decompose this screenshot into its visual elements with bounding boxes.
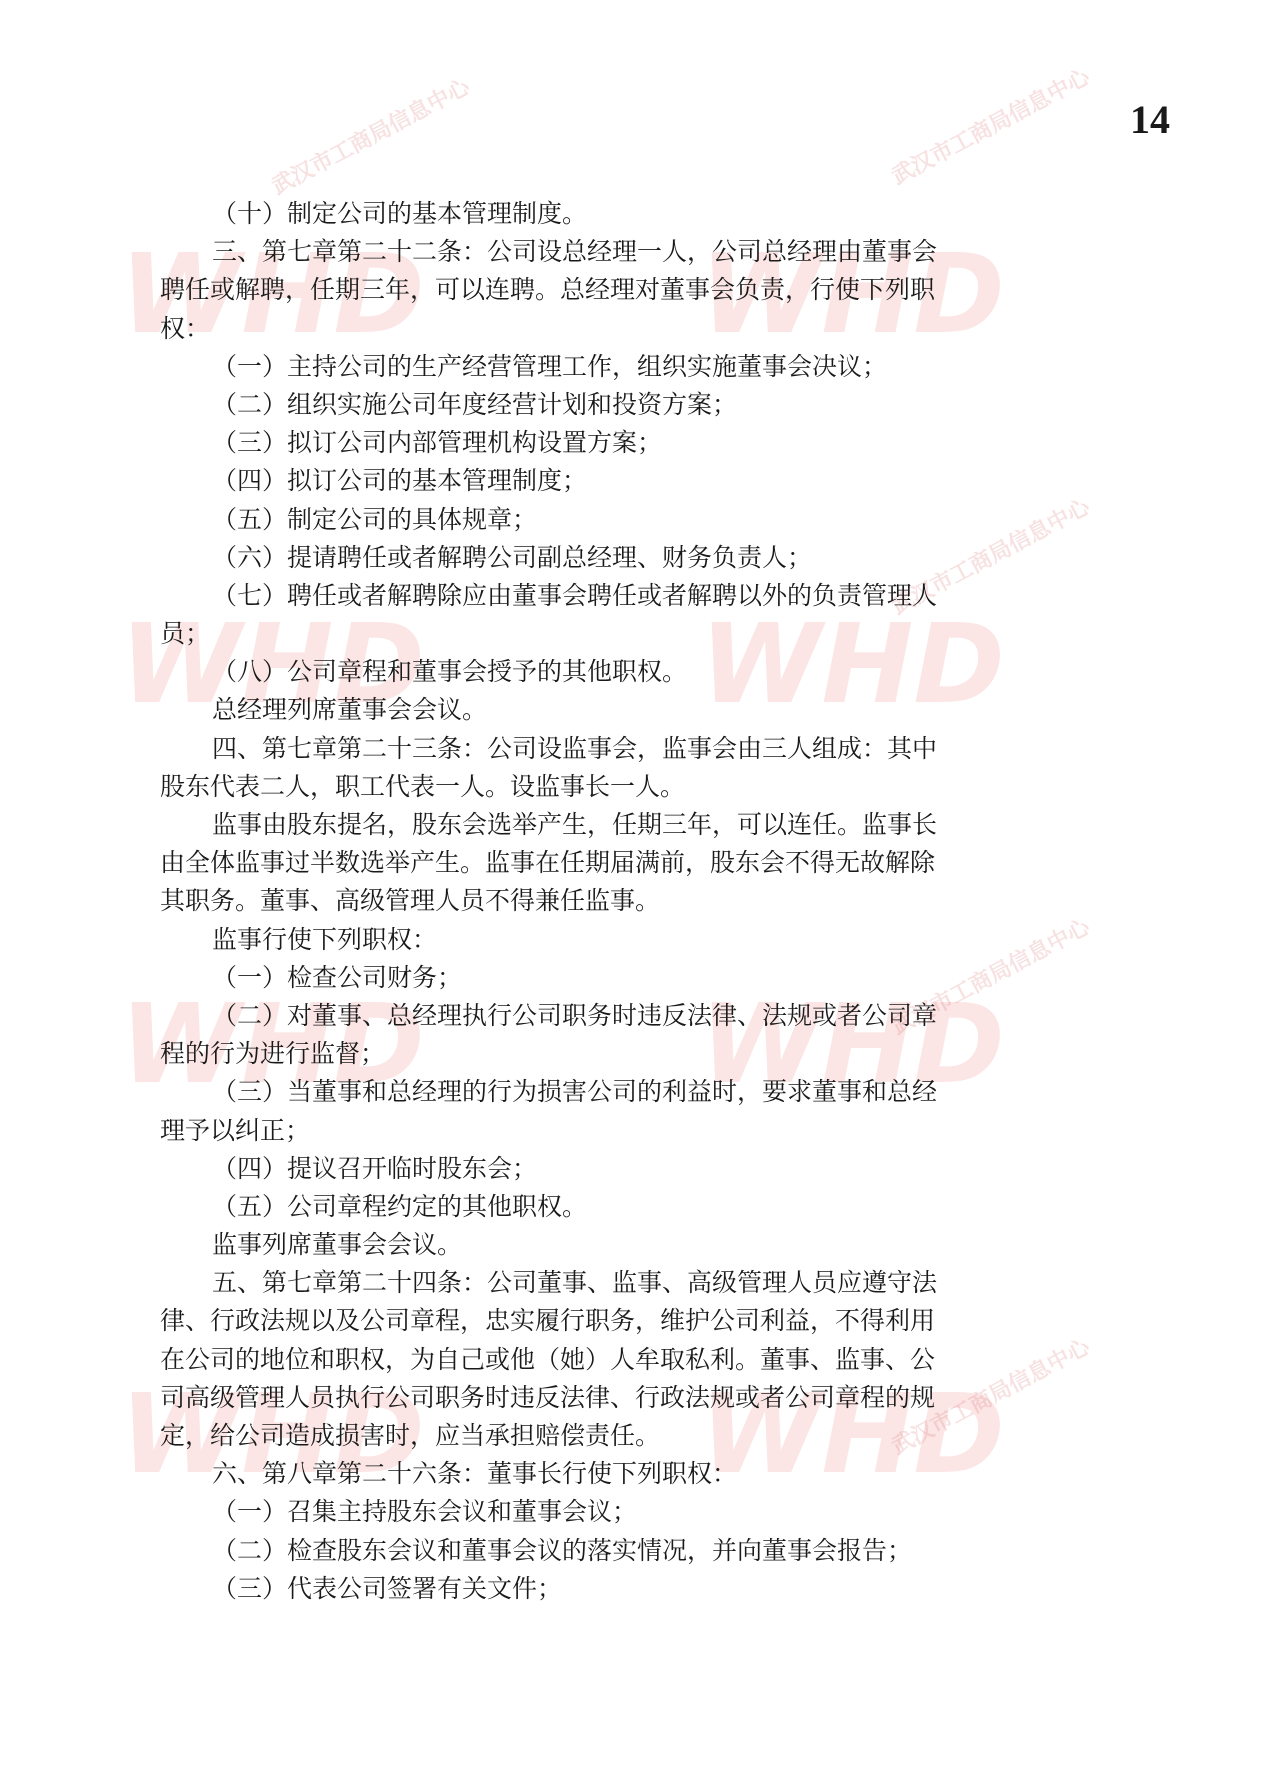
text-line: （三）当董事和总经理的行为损害公司的利益时，要求董事和总经: [160, 1073, 1080, 1111]
text-line: 监事由股东提名，股东会选举产生，任期三年，可以连任。监事长: [160, 806, 1080, 844]
text-line: （七）聘任或者解聘除应由董事会聘任或者解聘以外的负责管理人: [160, 577, 1080, 615]
text-line: （四）提议召开临时股东会；: [160, 1150, 1080, 1188]
text-line: （六）提请聘任或者解聘公司副总经理、财务负责人；: [160, 539, 1080, 577]
watermark-text: 武汉市工商局信息中心: [266, 70, 475, 201]
text-line: 由全体监事过半数选举产生。监事在任期届满前，股东会不得无故解除: [160, 844, 1080, 882]
text-line: 六、第八章第二十六条：董事长行使下列职权：: [160, 1455, 1080, 1493]
text-line: （二）对董事、总经理执行公司职务时违反法律、法规或者公司章: [160, 997, 1080, 1035]
text-line: 其职务。董事、高级管理人员不得兼任监事。: [160, 882, 1080, 920]
text-line: （三）代表公司签署有关文件；: [160, 1570, 1080, 1608]
document-body: （十）制定公司的基本管理制度。三、第七章第二十二条：公司设总经理一人，公司总经理…: [160, 195, 1080, 1608]
text-line: 定，给公司造成损害时，应当承担赔偿责任。: [160, 1417, 1080, 1455]
text-line: 司高级管理人员执行公司职务时违反法律、行政法规或者公司章程的规: [160, 1379, 1080, 1417]
watermark-text: 武汉市工商局信息中心: [886, 60, 1095, 191]
text-line: （五）制定公司的具体规章；: [160, 501, 1080, 539]
page-number: 14: [1130, 96, 1170, 143]
text-line: （一）主持公司的生产经营管理工作，组织实施董事会决议；: [160, 348, 1080, 386]
text-line: （三）拟订公司内部管理机构设置方案；: [160, 424, 1080, 462]
text-line: 程的行为进行监督；: [160, 1035, 1080, 1073]
text-line: 理予以纠正；: [160, 1112, 1080, 1150]
text-line: 聘任或解聘，任期三年，可以连聘。总经理对董事会负责，行使下列职: [160, 271, 1080, 309]
text-line: （十）制定公司的基本管理制度。: [160, 195, 1080, 233]
text-line: （五）公司章程约定的其他职权。: [160, 1188, 1080, 1226]
text-line: 四、第七章第二十三条：公司设监事会，监事会由三人组成：其中: [160, 730, 1080, 768]
text-line: （四）拟订公司的基本管理制度；: [160, 462, 1080, 500]
text-line: （二）组织实施公司年度经营计划和投资方案；: [160, 386, 1080, 424]
text-line: 监事行使下列职权：: [160, 921, 1080, 959]
text-line: （八）公司章程和董事会授予的其他职权。: [160, 653, 1080, 691]
text-line: 三、第七章第二十二条：公司设总经理一人，公司总经理由董事会: [160, 233, 1080, 271]
text-line: 在公司的地位和职权，为自己或他（她）人牟取私利。董事、监事、公: [160, 1341, 1080, 1379]
text-line: 五、第七章第二十四条：公司董事、监事、高级管理人员应遵守法: [160, 1264, 1080, 1302]
text-line: （一）检查公司财务；: [160, 959, 1080, 997]
text-line: 监事列席董事会会议。: [160, 1226, 1080, 1264]
text-line: 律、行政法规以及公司章程，忠实履行职务，维护公司利益，不得利用: [160, 1302, 1080, 1340]
text-line: （二）检查股东会议和董事会议的落实情况，并向董事会报告；: [160, 1532, 1080, 1570]
text-line: （一）召集主持股东会议和董事会议；: [160, 1493, 1080, 1531]
text-line: 员；: [160, 615, 1080, 653]
text-line: 股东代表二人，职工代表一人。设监事长一人。: [160, 768, 1080, 806]
text-line: 总经理列席董事会会议。: [160, 691, 1080, 729]
text-line: 权：: [160, 310, 1080, 348]
